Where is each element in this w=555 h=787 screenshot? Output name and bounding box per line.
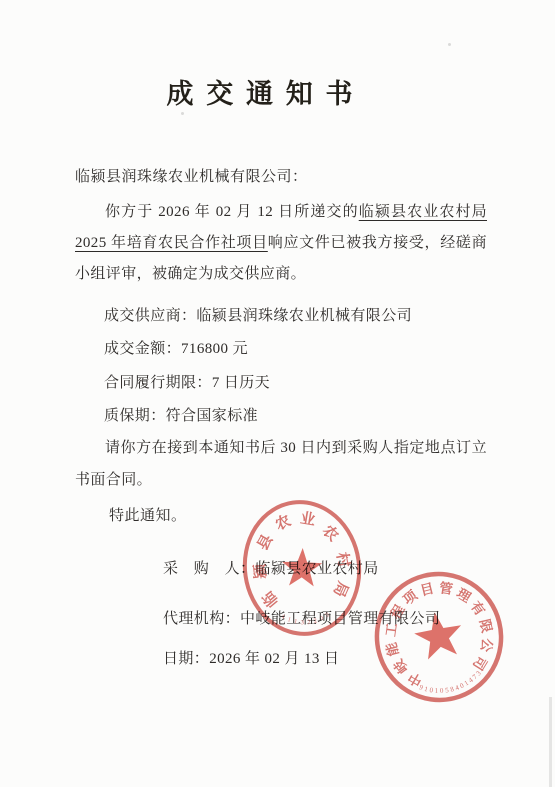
svg-text:岐: 岐 (390, 656, 411, 677)
svg-text:颍: 颍 (251, 562, 269, 579)
field-supplier-label: 成交供应商： (104, 308, 196, 324)
scan-speck (448, 43, 451, 46)
svg-text:4: 4 (280, 613, 287, 621)
svg-text:村: 村 (333, 551, 353, 569)
svg-text:农: 农 (319, 521, 342, 544)
field-contract-period-value: 7 日历天 (212, 375, 270, 391)
agency-seal-stamp: 中岐能工程项目管理有限公司9101058401473 (367, 565, 511, 709)
svg-text:临: 临 (259, 588, 282, 611)
signature-agency-label: 代理机构： (163, 611, 240, 627)
body-paragraph: 你方于 2026 年 02 月 12 日所递交的临颍县农业农村局 2025 年培… (75, 197, 487, 290)
svg-text:0: 0 (324, 611, 330, 619)
field-contract-period-label: 合同履行期限： (104, 375, 212, 391)
page-title: 成 交 通 知 书 (0, 72, 522, 111)
svg-text:1: 1 (434, 687, 438, 695)
signature-date-label: 日期： (163, 651, 209, 667)
document-page: 成 交 通 知 书 临颍县润珠缘农业机械有限公司： 你方于 2026 年 02 … (0, 0, 555, 787)
svg-text:业: 业 (299, 510, 317, 529)
svg-text:司: 司 (470, 653, 491, 673)
svg-text:能: 能 (383, 640, 402, 658)
svg-text:限: 限 (477, 618, 495, 635)
svg-text:2: 2 (313, 617, 318, 625)
field-supplier: 成交供应商：临颍县润珠缘农业机械有限公司 (104, 304, 412, 325)
scan-edge-shadow (549, 697, 552, 787)
svg-text:理: 理 (454, 585, 474, 605)
svg-text:目: 目 (419, 581, 436, 599)
svg-text:0: 0 (319, 615, 325, 623)
svg-text:有: 有 (468, 598, 489, 619)
field-supplier-value: 临颍县润珠缘农业机械有限公司 (196, 308, 412, 324)
svg-text:县: 县 (254, 532, 276, 553)
signature-date-value: 2026 年 02 月 13 日 (209, 651, 339, 667)
signature-date: 日期：2026 年 02 月 13 日 (163, 647, 339, 668)
svg-text:0: 0 (429, 686, 434, 695)
field-contract-period: 合同履行期限：7 日历天 (104, 371, 270, 392)
svg-text:1: 1 (293, 618, 297, 625)
svg-text:项: 项 (400, 586, 421, 607)
field-warranty-label: 质保期： (104, 408, 166, 424)
svg-text:程: 程 (387, 601, 408, 621)
closing-line: 特此通知。 (109, 504, 187, 525)
field-amount-label: 成交金额： (104, 341, 181, 357)
field-warranty: 质保期：符合国家标准 (104, 404, 258, 425)
scan-speck (181, 112, 184, 115)
notice-paragraph: 请你方在接到本通知书后 30 日内到采购人指定地点订立书面合同。 (75, 432, 487, 496)
svg-text:农: 农 (272, 511, 293, 534)
svg-text:1: 1 (286, 616, 291, 624)
field-warranty-value: 符合国家标准 (166, 408, 258, 424)
svg-text:局: 局 (330, 579, 352, 600)
svg-text:0: 0 (440, 687, 444, 695)
svg-text:2: 2 (307, 619, 311, 626)
body-paragraph-prefix: 你方于 2026 年 02 月 12 日所递交的 (105, 204, 359, 220)
svg-text:管: 管 (438, 579, 454, 597)
svg-text:公: 公 (478, 637, 495, 653)
svg-text:3: 3 (301, 619, 304, 626)
svg-text:工: 工 (383, 622, 400, 638)
field-amount: 成交金额：716800 元 (104, 337, 248, 358)
field-amount-value: 716800 元 (181, 341, 248, 357)
purchaser-seal-stamp: 临颍县农业农村局41132200 (232, 496, 372, 640)
addressee-line: 临颍县润珠缘农业机械有限公司： (75, 165, 308, 186)
